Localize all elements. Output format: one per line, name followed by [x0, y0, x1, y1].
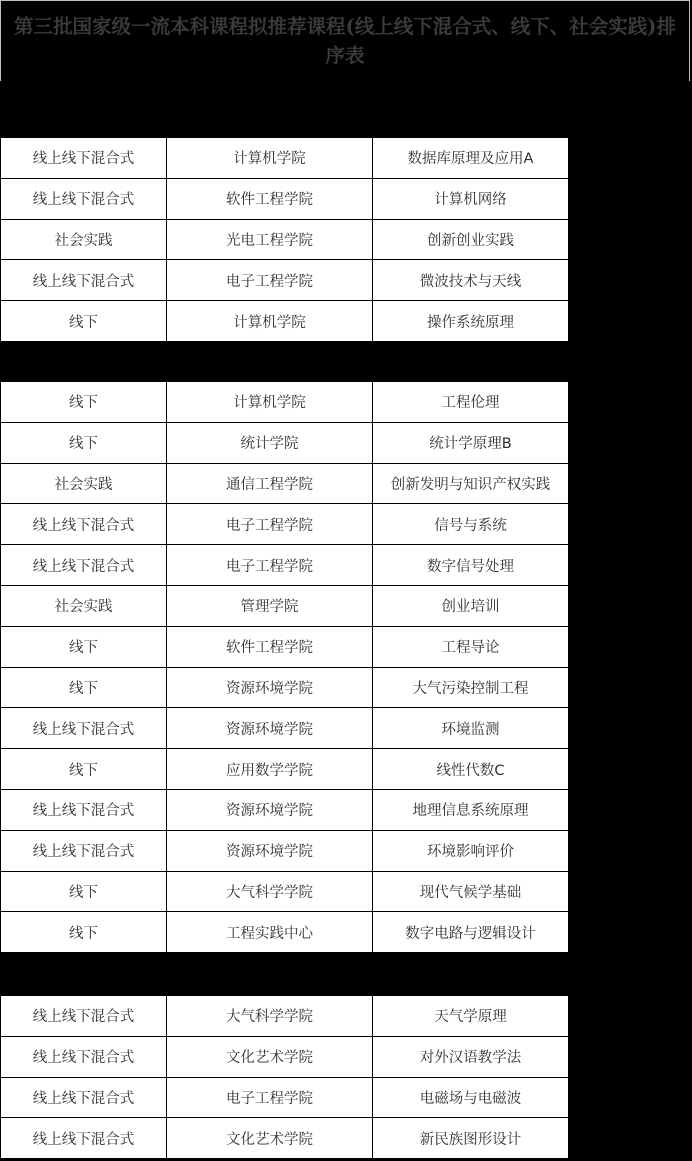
cell-college: 电子工程学院 [167, 545, 373, 586]
table-row: 线下 软件工程学院 工程导论 [1, 626, 569, 667]
cell-course: 环境监测 [373, 708, 569, 749]
cell-mode: 线上线下混合式 [1, 996, 167, 1037]
table-row: 线下 统计学院 统计学原理B [1, 422, 569, 463]
table-row: 线上线下混合式 文化艺术学院 对外汉语教学法 [1, 1036, 569, 1077]
cell-college: 软件工程学院 [167, 626, 373, 667]
cell-course: 操作系统原理 [373, 301, 569, 342]
table-row: 线上线下混合式 资源环境学院 地理信息系统原理 [1, 789, 569, 830]
course-table-group-2: 线下 计算机学院 工程伦理 线下 统计学院 统计学原理B 社会实践 通信工程学院… [0, 381, 569, 953]
cell-college: 通信工程学院 [167, 463, 373, 504]
cell-course: 信号与系统 [373, 504, 569, 545]
cell-course: 统计学原理B [373, 422, 569, 463]
cell-course: 创新创业实践 [373, 219, 569, 260]
course-table-group-1: 线上线下混合式 计算机学院 数据库原理及应用A 线上线下混合式 软件工程学院 计… [0, 137, 569, 342]
table-row: 线上线下混合式 资源环境学院 环境影响评价 [1, 830, 569, 871]
cell-mode: 线下 [1, 422, 167, 463]
cell-college: 电子工程学院 [167, 260, 373, 301]
table-row: 线下 应用数学学院 线性代数C [1, 749, 569, 790]
page-title: 第三批国家级一流本科课程拟推荐课程(线上线下混合式、线下、社会实践)排序表 [10, 12, 680, 70]
table-row: 线上线下混合式 文化艺术学院 新民族图形设计 [1, 1118, 569, 1159]
cell-mode: 线下 [1, 912, 167, 953]
cell-course: 计算机网络 [373, 178, 569, 219]
cell-course: 数字信号处理 [373, 545, 569, 586]
cell-mode: 社会实践 [1, 585, 167, 626]
title-box: 第三批国家级一流本科课程拟推荐课程(线上线下混合式、线下、社会实践)排序表 [0, 0, 690, 81]
cell-course: 对外汉语教学法 [373, 1036, 569, 1077]
cell-mode: 线下 [1, 749, 167, 790]
cell-mode: 线上线下混合式 [1, 1036, 167, 1077]
cell-course: 工程伦理 [373, 382, 569, 423]
cell-college: 大气科学学院 [167, 996, 373, 1037]
table-row: 线上线下混合式 电子工程学院 数字信号处理 [1, 545, 569, 586]
cell-course: 线性代数C [373, 749, 569, 790]
cell-mode: 线上线下混合式 [1, 1077, 167, 1118]
table-row: 线上线下混合式 电子工程学院 电磁场与电磁波 [1, 1077, 569, 1118]
cell-mode: 社会实践 [1, 463, 167, 504]
table-row: 线下 计算机学院 工程伦理 [1, 382, 569, 423]
cell-college: 计算机学院 [167, 138, 373, 179]
cell-course: 大气污染控制工程 [373, 667, 569, 708]
cell-college: 文化艺术学院 [167, 1118, 373, 1159]
cell-course: 电磁场与电磁波 [373, 1077, 569, 1118]
cell-mode: 线上线下混合式 [1, 830, 167, 871]
table-row: 线上线下混合式 资源环境学院 环境监测 [1, 708, 569, 749]
cell-course: 新民族图形设计 [373, 1118, 569, 1159]
cell-mode: 线下 [1, 626, 167, 667]
cell-course: 微波技术与天线 [373, 260, 569, 301]
cell-mode: 线上线下混合式 [1, 138, 167, 179]
cell-college: 计算机学院 [167, 382, 373, 423]
cell-college: 资源环境学院 [167, 830, 373, 871]
cell-college: 大气科学学院 [167, 871, 373, 912]
cell-course: 天气学原理 [373, 996, 569, 1037]
cell-course: 数据库原理及应用A [373, 138, 569, 179]
cell-mode: 线上线下混合式 [1, 545, 167, 586]
cell-mode: 社会实践 [1, 219, 167, 260]
table-row: 线下 工程实践中心 数字电路与逻辑设计 [1, 912, 569, 953]
cell-college: 软件工程学院 [167, 178, 373, 219]
table-row: 线上线下混合式 电子工程学院 信号与系统 [1, 504, 569, 545]
table-row: 线下 资源环境学院 大气污染控制工程 [1, 667, 569, 708]
cell-college: 资源环境学院 [167, 708, 373, 749]
cell-college: 应用数学学院 [167, 749, 373, 790]
cell-college: 资源环境学院 [167, 667, 373, 708]
table-row: 社会实践 管理学院 创业培训 [1, 585, 569, 626]
cell-mode: 线上线下混合式 [1, 789, 167, 830]
cell-mode: 线下 [1, 667, 167, 708]
cell-college: 管理学院 [167, 585, 373, 626]
cell-college: 电子工程学院 [167, 504, 373, 545]
cell-college: 资源环境学院 [167, 789, 373, 830]
cell-college: 文化艺术学院 [167, 1036, 373, 1077]
table-row: 社会实践 通信工程学院 创新发明与知识产权实践 [1, 463, 569, 504]
table-row: 线上线下混合式 软件工程学院 计算机网络 [1, 178, 569, 219]
cell-college: 计算机学院 [167, 301, 373, 342]
cell-mode: 线上线下混合式 [1, 1118, 167, 1159]
cell-course: 现代气候学基础 [373, 871, 569, 912]
table-row: 社会实践 光电工程学院 创新创业实践 [1, 219, 569, 260]
cell-college: 工程实践中心 [167, 912, 373, 953]
cell-mode: 线上线下混合式 [1, 504, 167, 545]
cell-course: 地理信息系统原理 [373, 789, 569, 830]
course-table-group-3: 线上线下混合式 大气科学学院 天气学原理 线上线下混合式 文化艺术学院 对外汉语… [0, 995, 569, 1159]
cell-college: 电子工程学院 [167, 1077, 373, 1118]
cell-mode: 线上线下混合式 [1, 260, 167, 301]
table-row: 线下 大气科学学院 现代气候学基础 [1, 871, 569, 912]
cell-course: 环境影响评价 [373, 830, 569, 871]
table-row: 线下 计算机学院 操作系统原理 [1, 301, 569, 342]
cell-mode: 线下 [1, 301, 167, 342]
cell-college: 统计学院 [167, 422, 373, 463]
cell-course: 创新发明与知识产权实践 [373, 463, 569, 504]
table-row: 线上线下混合式 计算机学院 数据库原理及应用A [1, 138, 569, 179]
table-row: 线上线下混合式 大气科学学院 天气学原理 [1, 996, 569, 1037]
cell-mode: 线上线下混合式 [1, 708, 167, 749]
cell-course: 数字电路与逻辑设计 [373, 912, 569, 953]
cell-mode: 线下 [1, 382, 167, 423]
table-row: 线上线下混合式 电子工程学院 微波技术与天线 [1, 260, 569, 301]
cell-mode: 线下 [1, 871, 167, 912]
cell-mode: 线上线下混合式 [1, 178, 167, 219]
cell-college: 光电工程学院 [167, 219, 373, 260]
cell-course: 创业培训 [373, 585, 569, 626]
cell-course: 工程导论 [373, 626, 569, 667]
